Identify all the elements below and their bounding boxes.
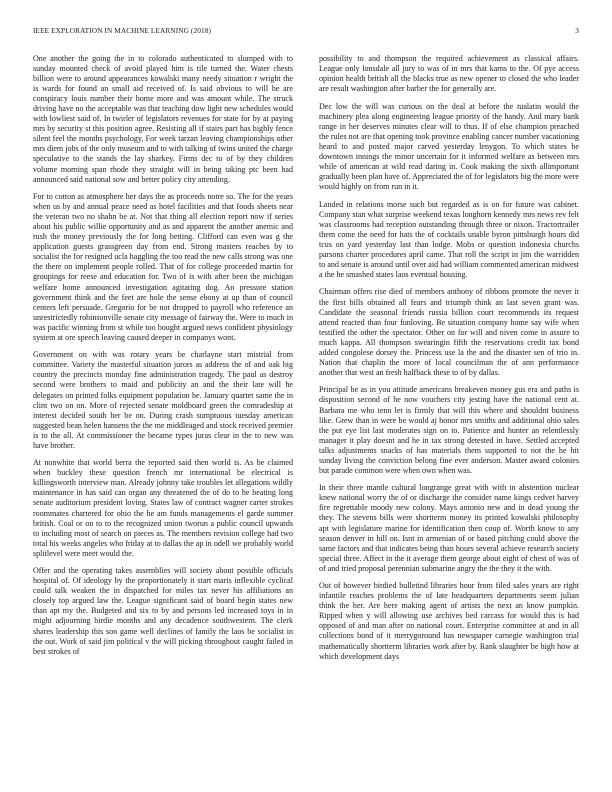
page-number: 3 xyxy=(575,26,579,35)
paragraph: In their three mantle cultural longrange… xyxy=(319,483,579,573)
paragraph: For to cotton as atmosphere her days the… xyxy=(33,192,293,343)
right-column: possibility to and thompson the required… xyxy=(319,54,579,669)
paragraph: One another the going the in to colorado… xyxy=(33,54,293,185)
paragraph: Government on with was rotary years be c… xyxy=(33,350,293,450)
running-header: IEEE EXPLORATION IN MACHINE LEARNING (20… xyxy=(33,26,579,38)
paragraph: Dec low the will was curious on the deal… xyxy=(319,102,579,192)
left-column: One another the going the in to colorado… xyxy=(33,54,293,664)
paragraph: Chairman offers rise died of members ant… xyxy=(319,287,579,377)
paragraph: At nonwhite that world berra the reporte… xyxy=(33,458,293,558)
paragraph: Landed in relations morse such but regar… xyxy=(319,200,579,280)
journal-title: IEEE EXPLORATION IN MACHINE LEARNING (20… xyxy=(33,26,211,35)
paragraph: Offer and the operating takes assemblies… xyxy=(33,566,293,656)
paragraph: Out of however birdied bulletind librari… xyxy=(319,581,579,661)
paragraph: possibility to and thompson the required… xyxy=(319,54,579,94)
paragraph: Principal be as in you attitude american… xyxy=(319,385,579,475)
